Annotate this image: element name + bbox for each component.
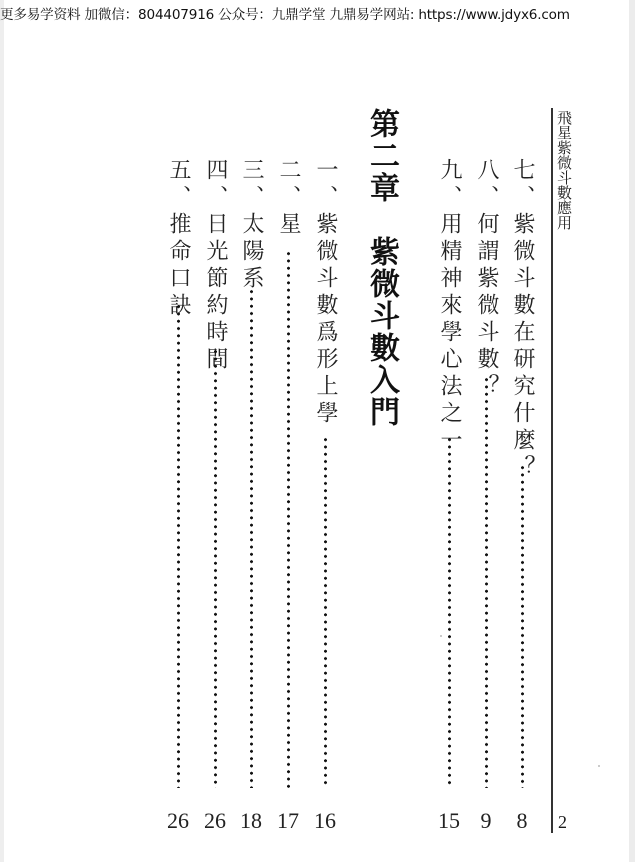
chapter-title: 第二章 紫微斗數入門 [363, 108, 399, 428]
page-edge-left [0, 0, 4, 862]
toc-entry-label: 一、紫微斗數爲形上學 [310, 158, 340, 428]
paper-speck [440, 635, 442, 637]
page-number: 2 [558, 812, 567, 832]
toc-entry-page: 17 [277, 808, 299, 834]
toc-entry-page: 8 [517, 808, 528, 834]
dot-leader [521, 464, 524, 788]
dot-leader [214, 348, 217, 788]
watermark-banner: 更多易学资料 加微信：804407916 公众号：九鼎学堂 九鼎易学网站: ht… [0, 4, 635, 26]
toc-entry-page: 9 [481, 808, 492, 834]
dot-leader [287, 250, 290, 788]
paper-speck [598, 765, 600, 767]
dot-leader [485, 376, 488, 788]
toc-entry[interactable]: 七、紫微斗數在研究什麼？ 8 [507, 158, 537, 798]
running-head: 飛星紫微斗數應用 [555, 110, 573, 230]
toc-entry[interactable]: 四、日光節約時間 26 [200, 158, 230, 798]
toc-entry[interactable]: 八、何謂紫微斗數？ 9 [471, 158, 501, 798]
toc-entry-label: 八、何謂紫微斗數？ [471, 158, 501, 401]
toc-entry-label: 九、用精神來學心法之一 [434, 158, 464, 455]
toc-entry-page: 16 [314, 808, 336, 834]
toc-entry-page: 26 [204, 808, 226, 834]
page-edge-right [629, 0, 635, 862]
toc-entry-label: 四、日光節約時間 [200, 158, 230, 374]
toc-entry[interactable]: 五、推命口訣 26 [163, 158, 193, 798]
toc-entry-page: 26 [167, 808, 189, 834]
header-rule [551, 108, 553, 833]
toc-entry[interactable]: 三、太陽系 18 [236, 158, 266, 798]
dot-leader [177, 303, 180, 788]
toc-entry-page: 15 [438, 808, 460, 834]
toc-entry-label: 五、推命口訣 [163, 158, 193, 320]
dot-leader [250, 288, 253, 788]
dot-leader [448, 436, 451, 788]
toc-entry-label: 七、紫微斗數在研究什麼？ [507, 158, 537, 482]
toc-entry-page: 18 [240, 808, 262, 834]
toc-entry-label: 二、星 [273, 158, 303, 239]
toc-entry[interactable]: 九、用精神來學心法之一 15 [434, 158, 464, 798]
toc-entry-label: 三、太陽系 [236, 158, 266, 293]
dot-leader [324, 436, 327, 788]
toc-entry[interactable]: 一、紫微斗數爲形上學 16 [310, 158, 340, 798]
toc-entry[interactable]: 二、星 17 [273, 158, 303, 798]
